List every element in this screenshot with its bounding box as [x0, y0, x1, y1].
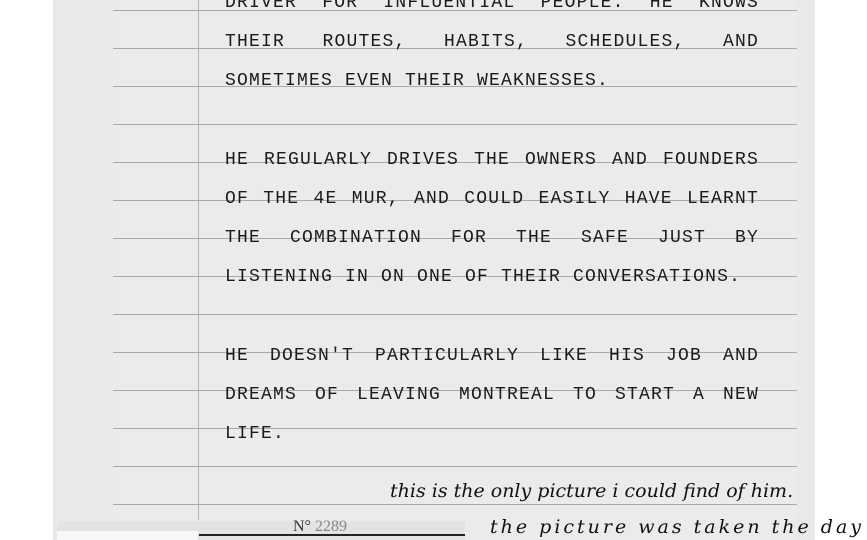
typed-line: THE COMBINATION FOR THE SAFE JUST BY — [225, 229, 759, 247]
typed-line: SOMETIMES EVEN THEIR WEAKNESSES. — [225, 72, 759, 90]
ruled-line — [113, 124, 797, 125]
number-value: 2289 — [315, 518, 347, 535]
typed-line: THEIR ROUTES, HABITS, SCHEDULES, AND — [225, 33, 759, 51]
ruled-line — [113, 504, 797, 505]
typed-line: LISTENING IN ON ONE OF THEIR CONVERSATIO… — [225, 268, 759, 286]
handwritten-note: the picture was taken the day — [490, 518, 864, 537]
typed-line: DREAMS OF LEAVING MONTREAL TO START A NE… — [225, 386, 759, 404]
typed-line: DRIVER FOR INFLUENTIAL PEOPLE. HE KNOWS — [225, 0, 759, 12]
typed-line: LIFE. — [225, 425, 759, 443]
ruled-line — [113, 314, 797, 315]
photo-card-label — [57, 531, 198, 540]
number-prefix: N° — [293, 518, 311, 535]
typed-line: HE DOESN'T PARTICULARLY LIKE HIS JOB AND — [225, 347, 759, 365]
margin-line — [198, 0, 199, 520]
ruled-line — [113, 466, 797, 467]
typed-line: OF THE 4E MUR, AND COULD EASILY HAVE LEA… — [225, 190, 759, 208]
handwritten-note: this is the only picture i could find of… — [390, 482, 793, 501]
photo-card-number: N° 2289 — [293, 519, 347, 535]
typed-line: HE REGULARLY DRIVES THE OWNERS AND FOUND… — [225, 151, 759, 169]
